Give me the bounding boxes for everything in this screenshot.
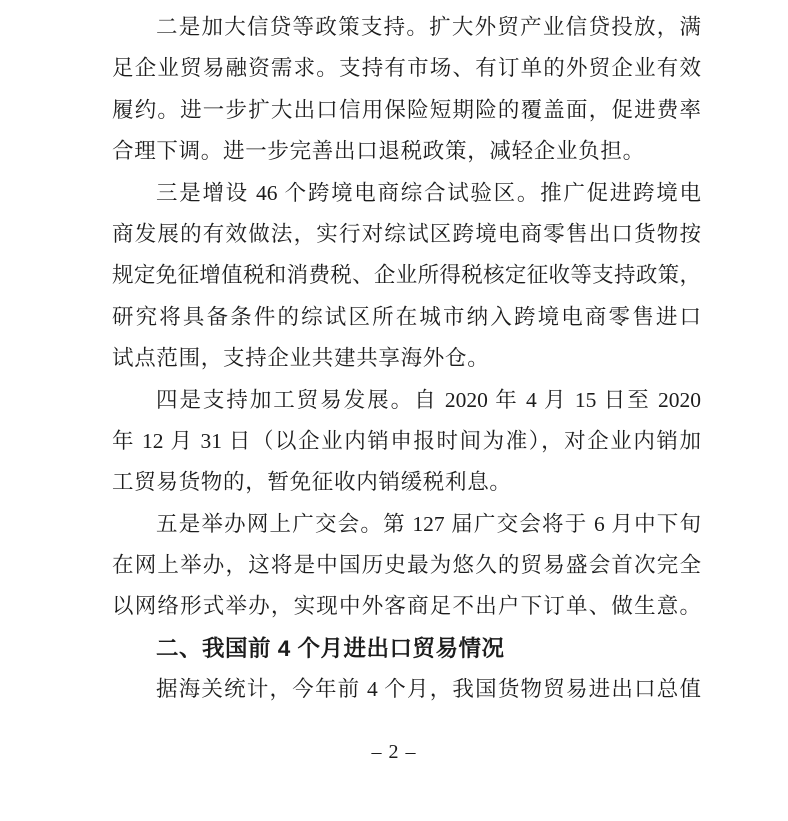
text-line: 年 12 月 31 日（以企业内销申报时间为准），对企业内销加 — [112, 421, 701, 462]
text-line: 规定免征增值税和消费税、企业所得税核定征收等支持政策， — [112, 255, 701, 296]
text-line: 试点范围，支持企业共建共享海外仓。 — [112, 338, 701, 379]
text-line: 二是加大信贷等政策支持。扩大外贸产业信贷投放，满 — [112, 7, 701, 48]
text-line: 研究将具备条件的综试区所在城市纳入跨境电商零售进口 — [112, 297, 701, 338]
text-line: 三是增设 46 个跨境电商综合试验区。推广促进跨境电 — [112, 173, 701, 214]
text-line: 合理下调。进一步完善出口退税政策，减轻企业负担。 — [112, 131, 701, 172]
text-line: 商发展的有效做法，实行对综试区跨境电商零售出口货物按 — [112, 214, 701, 255]
text-line: 五是举办网上广交会。第 127 届广交会将于 6 月中下旬 — [112, 504, 701, 545]
text-line: 工贸易货物的，暂免征收内销缓税利息。 — [112, 462, 701, 503]
text-line: 以网络形式举办，实现中外客商足不出户下订单、做生意。 — [112, 586, 701, 627]
section-heading: 二、我国前 4 个月进出口贸易情况 — [112, 628, 701, 669]
document-body: 二是加大信贷等政策支持。扩大外贸产业信贷投放，满 足企业贸易融资需求。支持有市场… — [112, 7, 701, 711]
text-line: 四是支持加工贸易发展。自 2020 年 4 月 15 日至 2020 — [112, 380, 701, 421]
text-line: 足企业贸易融资需求。支持有市场、有订单的外贸企业有效 — [112, 48, 701, 89]
page-number: – 2 – — [0, 741, 788, 764]
document-page: 二是加大信贷等政策支持。扩大外贸产业信贷投放，满 足企业贸易融资需求。支持有市场… — [0, 0, 788, 821]
text-line: 履约。进一步扩大出口信用保险短期险的覆盖面，促进费率 — [112, 90, 701, 131]
text-line: 据海关统计，今年前 4 个月，我国货物贸易进出口总值 — [112, 669, 701, 710]
text-line: 在网上举办，这将是中国历史最为悠久的贸易盛会首次完全 — [112, 545, 701, 586]
